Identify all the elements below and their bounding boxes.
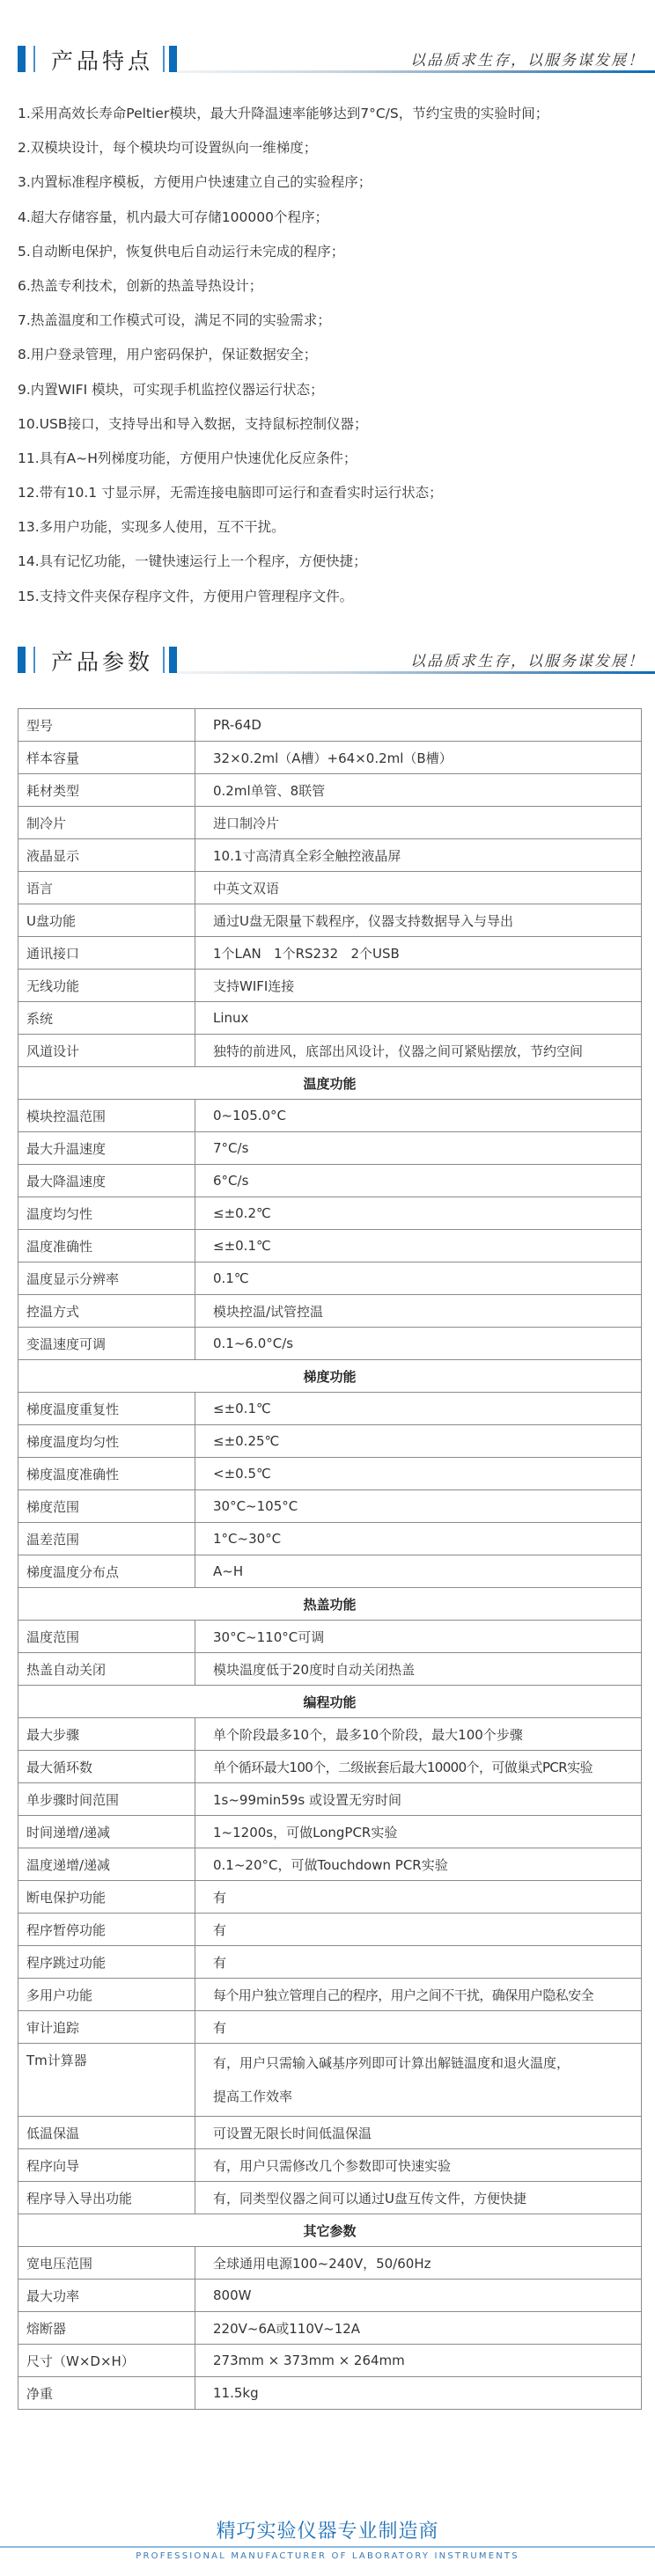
section-title: 产品特点 — [51, 44, 153, 76]
spec-key: 梯度范围 — [18, 1490, 195, 1523]
spec-value: 中英文双语 — [195, 872, 642, 904]
spec-key: 控温方式 — [18, 1295, 195, 1328]
spec-value: 有 — [195, 1914, 642, 1946]
feature-item: 2.双模块设计，每个模块均可设置纵向一维梯度； — [18, 138, 643, 172]
spec-key: 耗材类型 — [18, 774, 195, 807]
spec-key: 液晶显示 — [18, 839, 195, 872]
table-row: 温度均匀性≤±0.2℃ — [18, 1197, 642, 1230]
spec-value: 1s~99min59s 或设置无穷时间 — [195, 1783, 642, 1816]
feature-item: 1.采用高效长寿命Peltier模块，最大升降温速率能够达到7°C/S，节约宝贵… — [18, 104, 643, 138]
table-row: 模块控温范围0~105.0°C — [18, 1100, 642, 1132]
table-row: 最大升温速度7°C/s — [18, 1132, 642, 1165]
spec-key: 审计追踪 — [18, 2011, 195, 2044]
table-row: 热盖自动关闭模块温度低于20度时自动关闭热盖 — [18, 1653, 642, 1686]
spec-value: ≤±0.2℃ — [195, 1197, 642, 1230]
table-row: 梯度温度均匀性≤±0.25℃ — [18, 1425, 642, 1458]
spec-key: 最大升温速度 — [18, 1132, 195, 1165]
group-heading-row: 其它参数 — [18, 2214, 642, 2247]
spec-key: 梯度温度分布点 — [18, 1555, 195, 1588]
spec-value: 单个阶段最多10个，最多10个阶段，最大100个步骤 — [195, 1718, 642, 1751]
spec-value: 30°C~105°C — [195, 1490, 642, 1523]
header-bar-decoration — [163, 46, 165, 72]
group-heading-row: 梯度功能 — [18, 1360, 642, 1393]
feature-item: 6.热盖专利技术，创新的热盖导热设计； — [18, 276, 643, 311]
table-row: 最大步骤单个阶段最多10个，最多10个阶段，最大100个步骤 — [18, 1718, 642, 1751]
spec-key: 宽电压范围 — [18, 2247, 195, 2280]
header-bar-decoration — [33, 46, 35, 72]
spec-value: 220V~6A或110V~12A — [195, 2312, 642, 2345]
spec-key: 低温保温 — [18, 2117, 195, 2149]
spec-key: 风道设计 — [18, 1035, 195, 1067]
spec-key: 变温速度可调 — [18, 1328, 195, 1360]
spec-value: 1个LAN 1个RS232 2个USB — [195, 937, 642, 970]
spec-key: 净重 — [18, 2377, 195, 2410]
spec-value: 有，同类型仪器之间可以通过U盘互传文件，方便快捷 — [195, 2182, 642, 2214]
feature-item: 5.自动断电保护，恢复供电后自动运行未完成的程序； — [18, 242, 643, 276]
spec-value: 支持WIFI连接 — [195, 970, 642, 1002]
spec-value: 独特的前进风，底部出风设计，仪器之间可紧贴摆放，节约空间 — [195, 1035, 642, 1067]
spec-key: 多用户功能 — [18, 1979, 195, 2011]
features-section-header: 产品特点 以品质求生存，以服务谋发展！ — [0, 46, 655, 88]
spec-key: 无线功能 — [18, 970, 195, 1002]
table-row: 耗材类型0.2ml单管、8联管 — [18, 774, 642, 807]
spec-key: 程序导入导出功能 — [18, 2182, 195, 2214]
feature-item: 3.内置标准程序模板，方便用户快速建立自己的实验程序； — [18, 172, 643, 207]
spec-value: 有，用户只需修改几个参数即可快速实验 — [195, 2149, 642, 2182]
table-row: 最大循环数单个循环最大100个，二级嵌套后最大10000个，可做巢式PCR实验 — [18, 1751, 642, 1783]
features-list: 1.采用高效长寿命Peltier模块，最大升降温速率能够达到7°C/S，节约宝贵… — [18, 104, 643, 621]
table-row: 程序跳过功能有 — [18, 1946, 642, 1979]
spec-key: 模块控温范围 — [18, 1100, 195, 1132]
spec-key: 梯度温度重复性 — [18, 1393, 195, 1425]
feature-item: 14.具有记忆功能，一键快速运行上一个程序，方便快捷； — [18, 552, 643, 586]
footer: 精巧实验仪器专业制造商 PROFESSIONAL MANUFACTURER OF… — [0, 2516, 655, 2543]
group-heading-other: 其它参数 — [18, 2214, 642, 2247]
spec-value: 7°C/s — [195, 1132, 642, 1165]
spec-key: 尺寸（W×D×H） — [18, 2345, 195, 2377]
table-row: 低温保温可设置无限长时间低温保温 — [18, 2117, 642, 2149]
spec-value: 有 — [195, 1946, 642, 1979]
table-row: 语言中英文双语 — [18, 872, 642, 904]
spec-key: 程序暂停功能 — [18, 1914, 195, 1946]
feature-item: 4.超大存储容量，机内最大可存储100000个程序； — [18, 208, 643, 242]
table-row: 断电保护功能有 — [18, 1881, 642, 1914]
section-slogan: 以品质求生存，以服务谋发展！ — [410, 648, 644, 670]
spec-value: 有 — [195, 1881, 642, 1914]
spec-value: 每个用户独立管理自己的程序，用户之间不干扰，确保用户隐私安全 — [195, 1979, 642, 2011]
group-heading-gradient: 梯度功能 — [18, 1360, 642, 1393]
spec-key: 温度均匀性 — [18, 1197, 195, 1230]
spec-key: 时间递增/递减 — [18, 1816, 195, 1848]
feature-item: 10.USB接口，支持导出和导入数据，支持鼠标控制仪器； — [18, 414, 643, 449]
spec-key: 熔断器 — [18, 2312, 195, 2345]
table-row: 无线功能支持WIFI连接 — [18, 970, 642, 1002]
spec-value: ≤±0.1℃ — [195, 1393, 642, 1425]
table-row: 温度准确性≤±0.1℃ — [18, 1230, 642, 1262]
footer-divider — [0, 2546, 655, 2548]
spec-value: 32×0.2ml（A槽）+64×0.2ml（B槽） — [195, 742, 642, 774]
header-bar-decoration — [33, 647, 35, 673]
spec-key: 温度显示分辨率 — [18, 1262, 195, 1295]
header-gradient-line — [177, 70, 655, 73]
spec-value: 11.5kg — [195, 2377, 642, 2410]
spec-key: 程序跳过功能 — [18, 1946, 195, 1979]
table-row: 温差范围1°C~30°C — [18, 1523, 642, 1555]
table-row: 液晶显示10.1寸高清真全彩全触控液晶屏 — [18, 839, 642, 872]
spec-key: U盘功能 — [18, 904, 195, 937]
spec-value-line: 有，用户只需输入碱基序列即可计算出解链温度和退火温度， — [213, 2046, 633, 2080]
feature-item: 12.带有10.1 寸显示屏，无需连接电脑即可运行和查看实时运行状态； — [18, 483, 643, 517]
table-row: Tm计算器 有，用户只需输入碱基序列即可计算出解链温度和退火温度， 提高工作效率 — [18, 2044, 642, 2117]
spec-value: 273mm × 373mm × 264mm — [195, 2345, 642, 2377]
table-row: 温度递增/递减0.1~20°C，可做Touchdown PCR实验 — [18, 1848, 642, 1881]
spec-key: 通讯接口 — [18, 937, 195, 970]
spec-key: 热盖自动关闭 — [18, 1653, 195, 1686]
table-row: 最大功率800W — [18, 2280, 642, 2312]
feature-item: 8.用户登录管理，用户密码保护，保证数据安全； — [18, 345, 643, 379]
section-title: 产品参数 — [51, 645, 153, 677]
table-row: 时间递增/递减1~1200s，可做LongPCR实验 — [18, 1816, 642, 1848]
spec-key: 梯度温度均匀性 — [18, 1425, 195, 1458]
spec-value: Linux — [195, 1002, 642, 1035]
spec-value: <±0.5℃ — [195, 1458, 642, 1490]
spec-key: 温差范围 — [18, 1523, 195, 1555]
table-row: 温度范围30°C~110°C可调 — [18, 1621, 642, 1653]
group-heading-programming: 编程功能 — [18, 1686, 642, 1718]
spec-value: 有，用户只需输入碱基序列即可计算出解链温度和退火温度， 提高工作效率 — [195, 2044, 642, 2117]
spec-key: 最大功率 — [18, 2280, 195, 2312]
group-heading-row: 热盖功能 — [18, 1588, 642, 1621]
feature-item: 11.具有A~H列梯度功能，方便用户快速优化反应条件； — [18, 449, 643, 483]
spec-value: 模块控温/试管控温 — [195, 1295, 642, 1328]
table-row: 梯度范围30°C~105°C — [18, 1490, 642, 1523]
spec-value: ≤±0.25℃ — [195, 1425, 642, 1458]
table-row: 最大降温速度6°C/s — [18, 1165, 642, 1197]
spec-key: 最大循环数 — [18, 1751, 195, 1783]
spec-value: 模块温度低于20度时自动关闭热盖 — [195, 1653, 642, 1686]
spec-key: 系统 — [18, 1002, 195, 1035]
feature-item: 15.支持文件夹保存程序文件，方便用户管理程序文件。 — [18, 587, 643, 621]
table-row: 尺寸（W×D×H）273mm × 373mm × 264mm — [18, 2345, 642, 2377]
table-row: 单步骤时间范围1s~99min59s 或设置无穷时间 — [18, 1783, 642, 1816]
table-row: 型号PR-64D — [18, 709, 642, 742]
table-row: 多用户功能每个用户独立管理自己的程序，用户之间不干扰，确保用户隐私安全 — [18, 1979, 642, 2011]
spec-value: 0~105.0°C — [195, 1100, 642, 1132]
spec-key: 样本容量 — [18, 742, 195, 774]
header-bar-decoration — [169, 46, 177, 72]
table-row: 控温方式模块控温/试管控温 — [18, 1295, 642, 1328]
spec-value: 进口制冷片 — [195, 807, 642, 839]
table-row: 程序暂停功能有 — [18, 1914, 642, 1946]
spec-key: 最大步骤 — [18, 1718, 195, 1751]
spec-key: 单步骤时间范围 — [18, 1783, 195, 1816]
table-row: 通讯接口1个LAN 1个RS232 2个USB — [18, 937, 642, 970]
spec-table: 型号PR-64D 样本容量32×0.2ml（A槽）+64×0.2ml（B槽） 耗… — [18, 708, 642, 2410]
spec-value: 0.2ml单管、8联管 — [195, 774, 642, 807]
table-row: 梯度温度分布点A~H — [18, 1555, 642, 1588]
table-row: 梯度温度重复性≤±0.1℃ — [18, 1393, 642, 1425]
table-row: U盘功能通过U盘无限量下载程序，仪器支持数据导入与导出 — [18, 904, 642, 937]
spec-value-line: 提高工作效率 — [213, 2080, 633, 2113]
table-row: 熔断器220V~6A或110V~12A — [18, 2312, 642, 2345]
spec-value: ≤±0.1℃ — [195, 1230, 642, 1262]
spec-key: 温度准确性 — [18, 1230, 195, 1262]
spec-value: 单个循环最大100个，二级嵌套后最大10000个，可做巢式PCR实验 — [195, 1751, 642, 1783]
group-heading-hotlid: 热盖功能 — [18, 1588, 642, 1621]
header-gradient-line — [177, 671, 655, 674]
group-heading-row: 温度功能 — [18, 1067, 642, 1100]
spec-key: 制冷片 — [18, 807, 195, 839]
spec-value: 0.1~20°C，可做Touchdown PCR实验 — [195, 1848, 642, 1881]
table-row: 制冷片进口制冷片 — [18, 807, 642, 839]
table-row: 梯度温度准确性<±0.5℃ — [18, 1458, 642, 1490]
section-slogan: 以品质求生存，以服务谋发展！ — [410, 48, 644, 70]
table-row: 温度显示分辨率0.1℃ — [18, 1262, 642, 1295]
table-row: 净重11.5kg — [18, 2377, 642, 2410]
feature-item: 9.内置WIFI 模块，可实现手机监控仪器运行状态； — [18, 380, 643, 414]
table-row: 审计追踪有 — [18, 2011, 642, 2044]
table-row: 系统Linux — [18, 1002, 642, 1035]
header-bar-decoration — [18, 46, 26, 72]
spec-key: 温度范围 — [18, 1621, 195, 1653]
table-row: 风道设计独特的前进风，底部出风设计，仪器之间可紧贴摆放，节约空间 — [18, 1035, 642, 1067]
table-row: 程序向导有，用户只需修改几个参数即可快速实验 — [18, 2149, 642, 2182]
spec-key: 型号 — [18, 709, 195, 742]
group-heading-row: 编程功能 — [18, 1686, 642, 1718]
feature-item: 7.热盖温度和工作模式可设，满足不同的实验需求； — [18, 311, 643, 345]
spec-value: 有 — [195, 2011, 642, 2044]
header-bar-decoration — [163, 647, 165, 673]
spec-value: 全球通用电源100~240V，50/60Hz — [195, 2247, 642, 2280]
spec-key: 断电保护功能 — [18, 1881, 195, 1914]
spec-value: 可设置无限长时间低温保温 — [195, 2117, 642, 2149]
group-heading-temperature: 温度功能 — [18, 1067, 642, 1100]
table-row: 样本容量32×0.2ml（A槽）+64×0.2ml（B槽） — [18, 742, 642, 774]
spec-key: 程序向导 — [18, 2149, 195, 2182]
table-row: 变温速度可调0.1~6.0°C/s — [18, 1328, 642, 1360]
spec-value: 0.1~6.0°C/s — [195, 1328, 642, 1360]
spec-key: 温度递增/递减 — [18, 1848, 195, 1881]
spec-value: 800W — [195, 2280, 642, 2312]
spec-key: 最大降温速度 — [18, 1165, 195, 1197]
spec-key: 语言 — [18, 872, 195, 904]
header-bar-decoration — [18, 647, 26, 673]
spec-value: 30°C~110°C可调 — [195, 1621, 642, 1653]
header-bar-decoration — [169, 647, 177, 673]
spec-key: Tm计算器 — [18, 2044, 195, 2117]
spec-value: 10.1寸高清真全彩全触控液晶屏 — [195, 839, 642, 872]
spec-value: PR-64D — [195, 709, 642, 742]
spec-key: 梯度温度准确性 — [18, 1458, 195, 1490]
footer-subtitle: PROFESSIONAL MANUFACTURER OF LABORATORY … — [0, 2551, 655, 2561]
feature-item: 13.多用户功能，实现多人使用，互不干扰。 — [18, 517, 643, 552]
spec-value: 1~1200s，可做LongPCR实验 — [195, 1816, 642, 1848]
footer-title: 精巧实验仪器专业制造商 — [0, 2516, 655, 2543]
spec-value: 通过U盘无限量下载程序，仪器支持数据导入与导出 — [195, 904, 642, 937]
params-section-header: 产品参数 以品质求生存，以服务谋发展！ — [0, 647, 655, 689]
spec-value: A~H — [195, 1555, 642, 1588]
spec-value: 1°C~30°C — [195, 1523, 642, 1555]
spec-value: 0.1℃ — [195, 1262, 642, 1295]
table-row: 宽电压范围全球通用电源100~240V，50/60Hz — [18, 2247, 642, 2280]
spec-value: 6°C/s — [195, 1165, 642, 1197]
table-row: 程序导入导出功能有，同类型仪器之间可以通过U盘互传文件，方便快捷 — [18, 2182, 642, 2214]
